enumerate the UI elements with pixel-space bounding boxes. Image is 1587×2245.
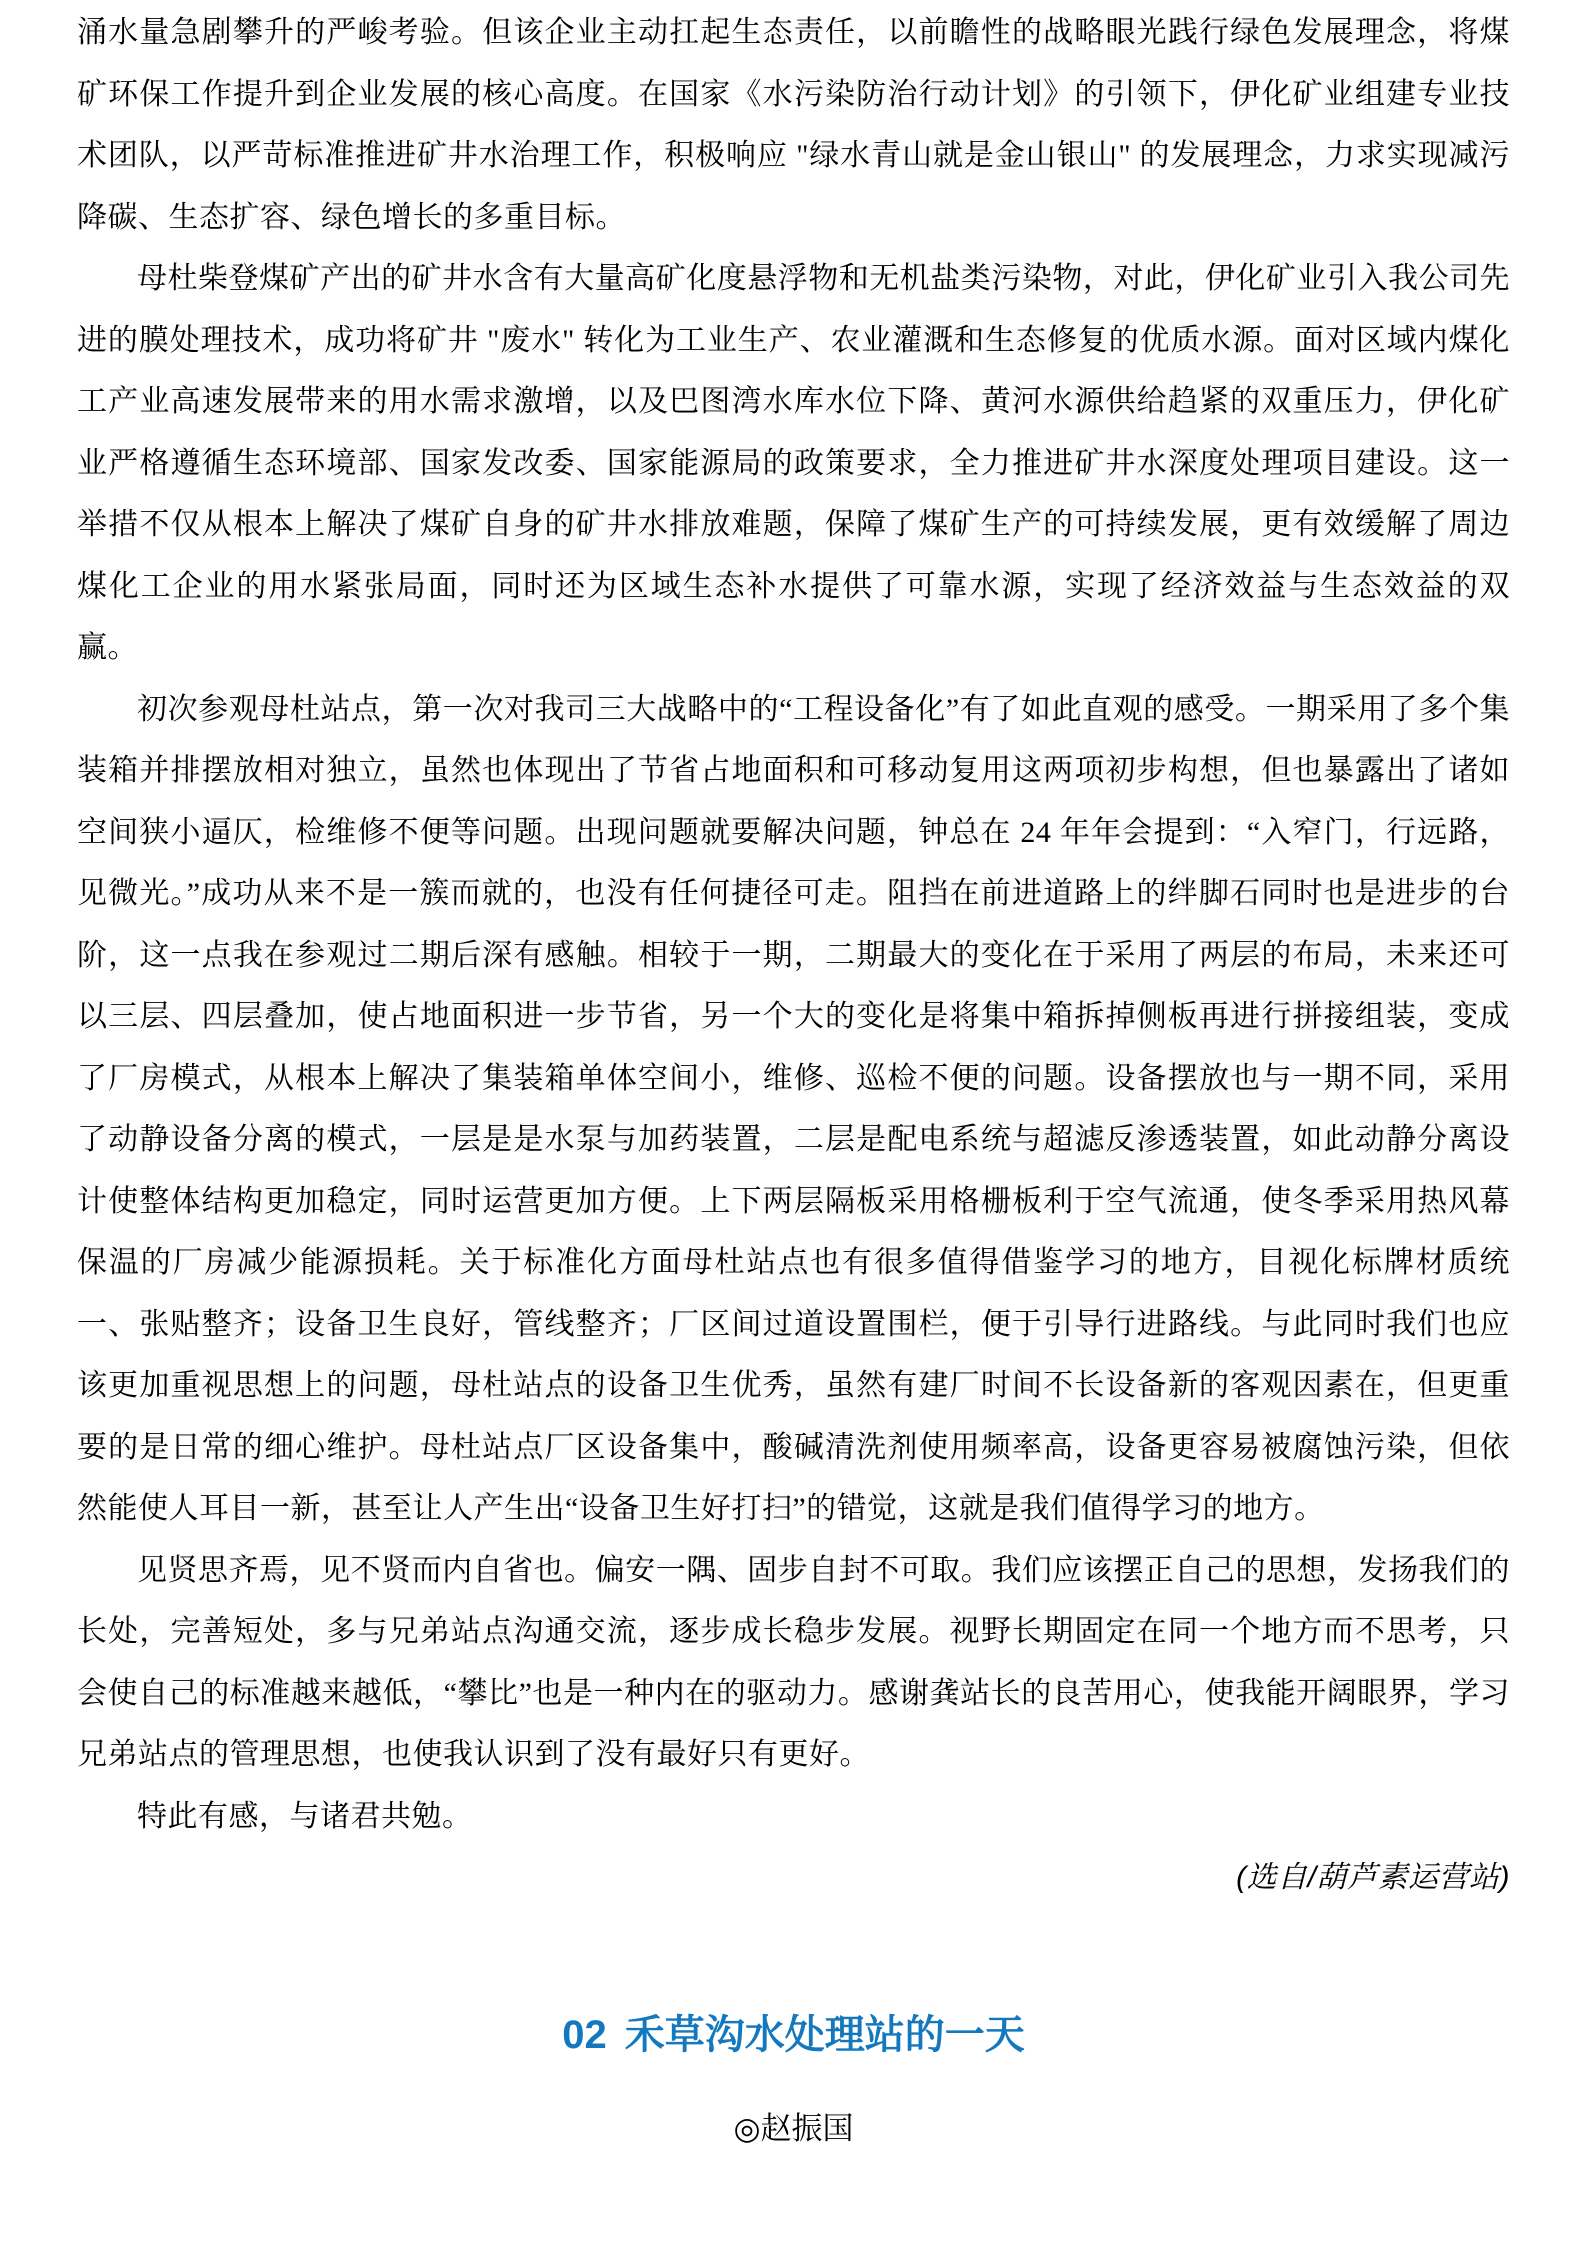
body-paragraph: 母杜柴登煤矿产出的矿井水含有大量高矿化度悬浮物和无机盐类污染物，对此，伊化矿业引… bbox=[77, 248, 1510, 679]
body-paragraph: 初次参观母杜站点，第一次对我司三大战略中的“工程设备化”有了如此直观的感受。一期… bbox=[77, 679, 1510, 1540]
body-paragraph: 见贤思齐焉，见不贤而内自省也。偏安一隅、固步自封不可取。我们应该摆正自己的思想，… bbox=[77, 1540, 1510, 1786]
section-number: 02 bbox=[562, 2013, 607, 2057]
article-body: 涌水量急剧攀升的严峻考验。但该企业主动扛起生态责任，以前瞻性的战略眼光践行绿色发… bbox=[77, 2, 1510, 1847]
section-heading: 02禾草沟水处理站的一天 bbox=[77, 2013, 1510, 2057]
attribution-line: (选自/葫芦素运营站) bbox=[77, 1847, 1510, 1909]
body-paragraph: 特此有感，与诸君共勉。 bbox=[77, 1786, 1510, 1848]
section-title: 禾草沟水处理站的一天 bbox=[625, 2013, 1025, 2057]
section-author: ◎赵振国 bbox=[77, 2111, 1510, 2147]
body-paragraph: 涌水量急剧攀升的严峻考验。但该企业主动扛起生态责任，以前瞻性的战略眼光践行绿色发… bbox=[77, 2, 1510, 248]
document-page: 涌水量急剧攀升的严峻考验。但该企业主动扛起生态责任，以前瞻性的战略眼光践行绿色发… bbox=[0, 0, 1587, 2245]
